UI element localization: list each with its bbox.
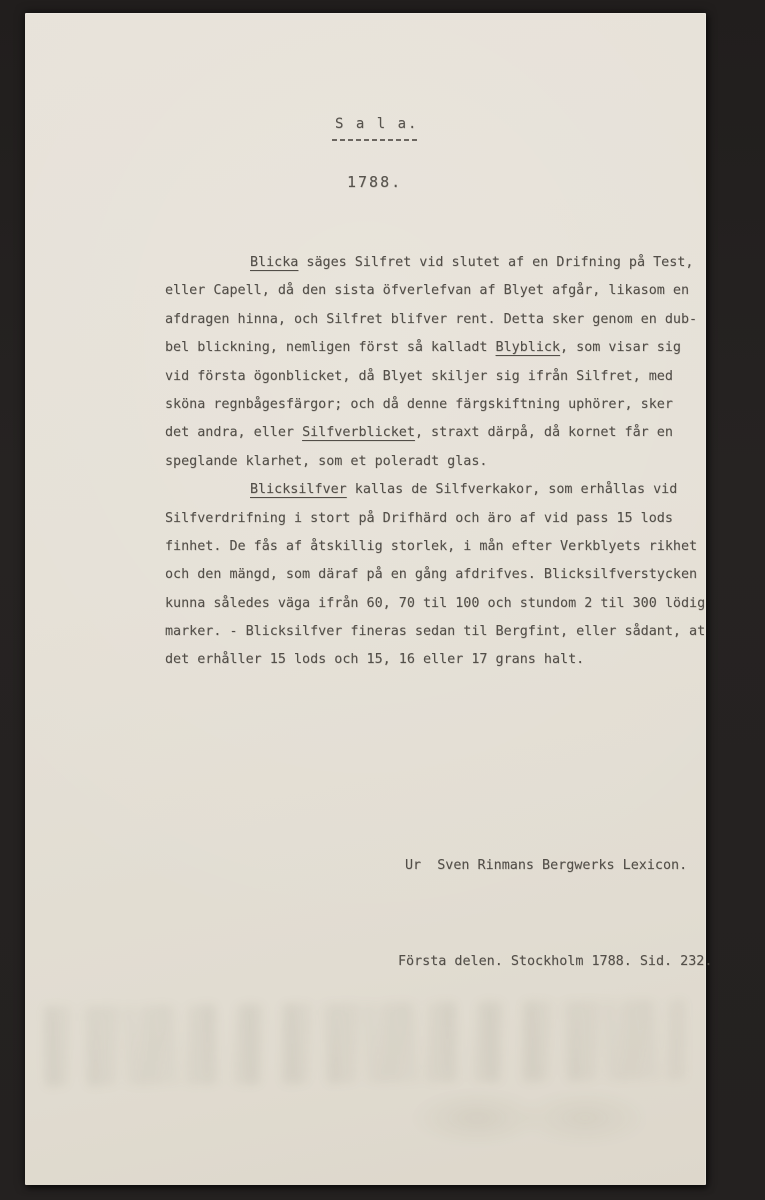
text-segment: vid första ögonblicket, då Blyet skiljer…	[165, 369, 673, 384]
text-segment: eller Capell, då den sista öfverlefvan a…	[165, 283, 689, 298]
text-line: sköna regnbågesfärgor; och då denne färg…	[165, 391, 717, 419]
text-line: det erhåller 15 lods och 15, 16 eller 17…	[165, 646, 717, 674]
document-body: Blicka säges Silfret vid slutet af en Dr…	[165, 249, 717, 675]
paragraph: Blicksilfver kallas de Silfverkakor, som…	[165, 476, 717, 675]
text-line: Blicksilfver kallas de Silfverkakor, som…	[165, 476, 717, 504]
ink-bleed-through-artifact	[405, 1083, 645, 1153]
text-line: marker. - Blicksilfver fineras sedan til…	[165, 618, 717, 646]
text-segment: , straxt därpå, då kornet får en	[415, 425, 673, 440]
text-segment: Silfverdrifning i stort på Drifhärd och …	[165, 511, 673, 526]
text-segment: säges Silfret vid slutet af en Drifning …	[298, 255, 693, 270]
citation-line-2: Första delen. Stockholm 1788. Sid. 232.	[398, 946, 712, 978]
ink-bleed-through-artifact	[45, 1000, 686, 1087]
text-segment: finhet. De fås af åtskillig storlek, i m…	[165, 539, 697, 554]
text-segment: kallas de Silfverkakor, som erhållas vid	[347, 482, 678, 497]
underlined-term: Silfverblicket	[302, 425, 415, 440]
underlined-term: Blicksilfver	[250, 482, 347, 497]
text-segment: sköna regnbågesfärgor; och då denne färg…	[165, 397, 673, 412]
text-line: bel blickning, nemligen först så kalladt…	[165, 334, 717, 362]
text-line: Blicka säges Silfret vid slutet af en Dr…	[165, 249, 717, 277]
text-segment: speglande klarhet, som et poleradt glas.	[165, 454, 487, 469]
text-line: det andra, eller Silfverblicket, straxt …	[165, 419, 717, 447]
text-line: Silfverdrifning i stort på Drifhärd och …	[165, 505, 717, 533]
text-segment: bel blickning, nemligen först så kalladt	[165, 340, 496, 355]
text-line: kunna således väga ifrån 60, 70 til 100 …	[165, 590, 717, 618]
text-segment: marker. - Blicksilfver fineras sedan til…	[165, 624, 705, 639]
text-line: och den mängd, som däraf på en gång afdr…	[165, 561, 717, 589]
text-line: eller Capell, då den sista öfverlefvan a…	[165, 277, 717, 305]
text-segment: och den mängd, som däraf på en gång afdr…	[165, 567, 697, 582]
citation-line-1: Ur Sven Rinmans Bergwerks Lexicon.	[398, 850, 712, 882]
text-line: afdragen hinna, och Silfret blifver rent…	[165, 306, 717, 334]
text-line: finhet. De fås af åtskillig storlek, i m…	[165, 533, 717, 561]
text-line: speglande klarhet, som et poleradt glas.	[165, 448, 717, 476]
text-segment: , som visar sig	[560, 340, 681, 355]
document-page: S a l a. 1788. Blicka säges Silfret vid …	[25, 13, 706, 1185]
document-title: S a l a.	[335, 116, 418, 132]
text-line: vid första ögonblicket, då Blyet skiljer…	[165, 363, 717, 391]
underlined-term: Blicka	[250, 255, 298, 270]
paragraph: Blicka säges Silfret vid slutet af en Dr…	[165, 249, 717, 476]
document-date: 1788.	[347, 173, 402, 191]
text-segment: det erhåller 15 lods och 15, 16 eller 17…	[165, 652, 584, 667]
text-segment: afdragen hinna, och Silfret blifver rent…	[165, 312, 697, 327]
title-underline	[332, 139, 420, 141]
photo-mat: S a l a. 1788. Blicka säges Silfret vid …	[0, 0, 765, 1200]
text-segment: det andra, eller	[165, 425, 302, 440]
text-segment: kunna således väga ifrån 60, 70 til 100 …	[165, 596, 705, 611]
underlined-term: Blyblick	[496, 340, 561, 355]
